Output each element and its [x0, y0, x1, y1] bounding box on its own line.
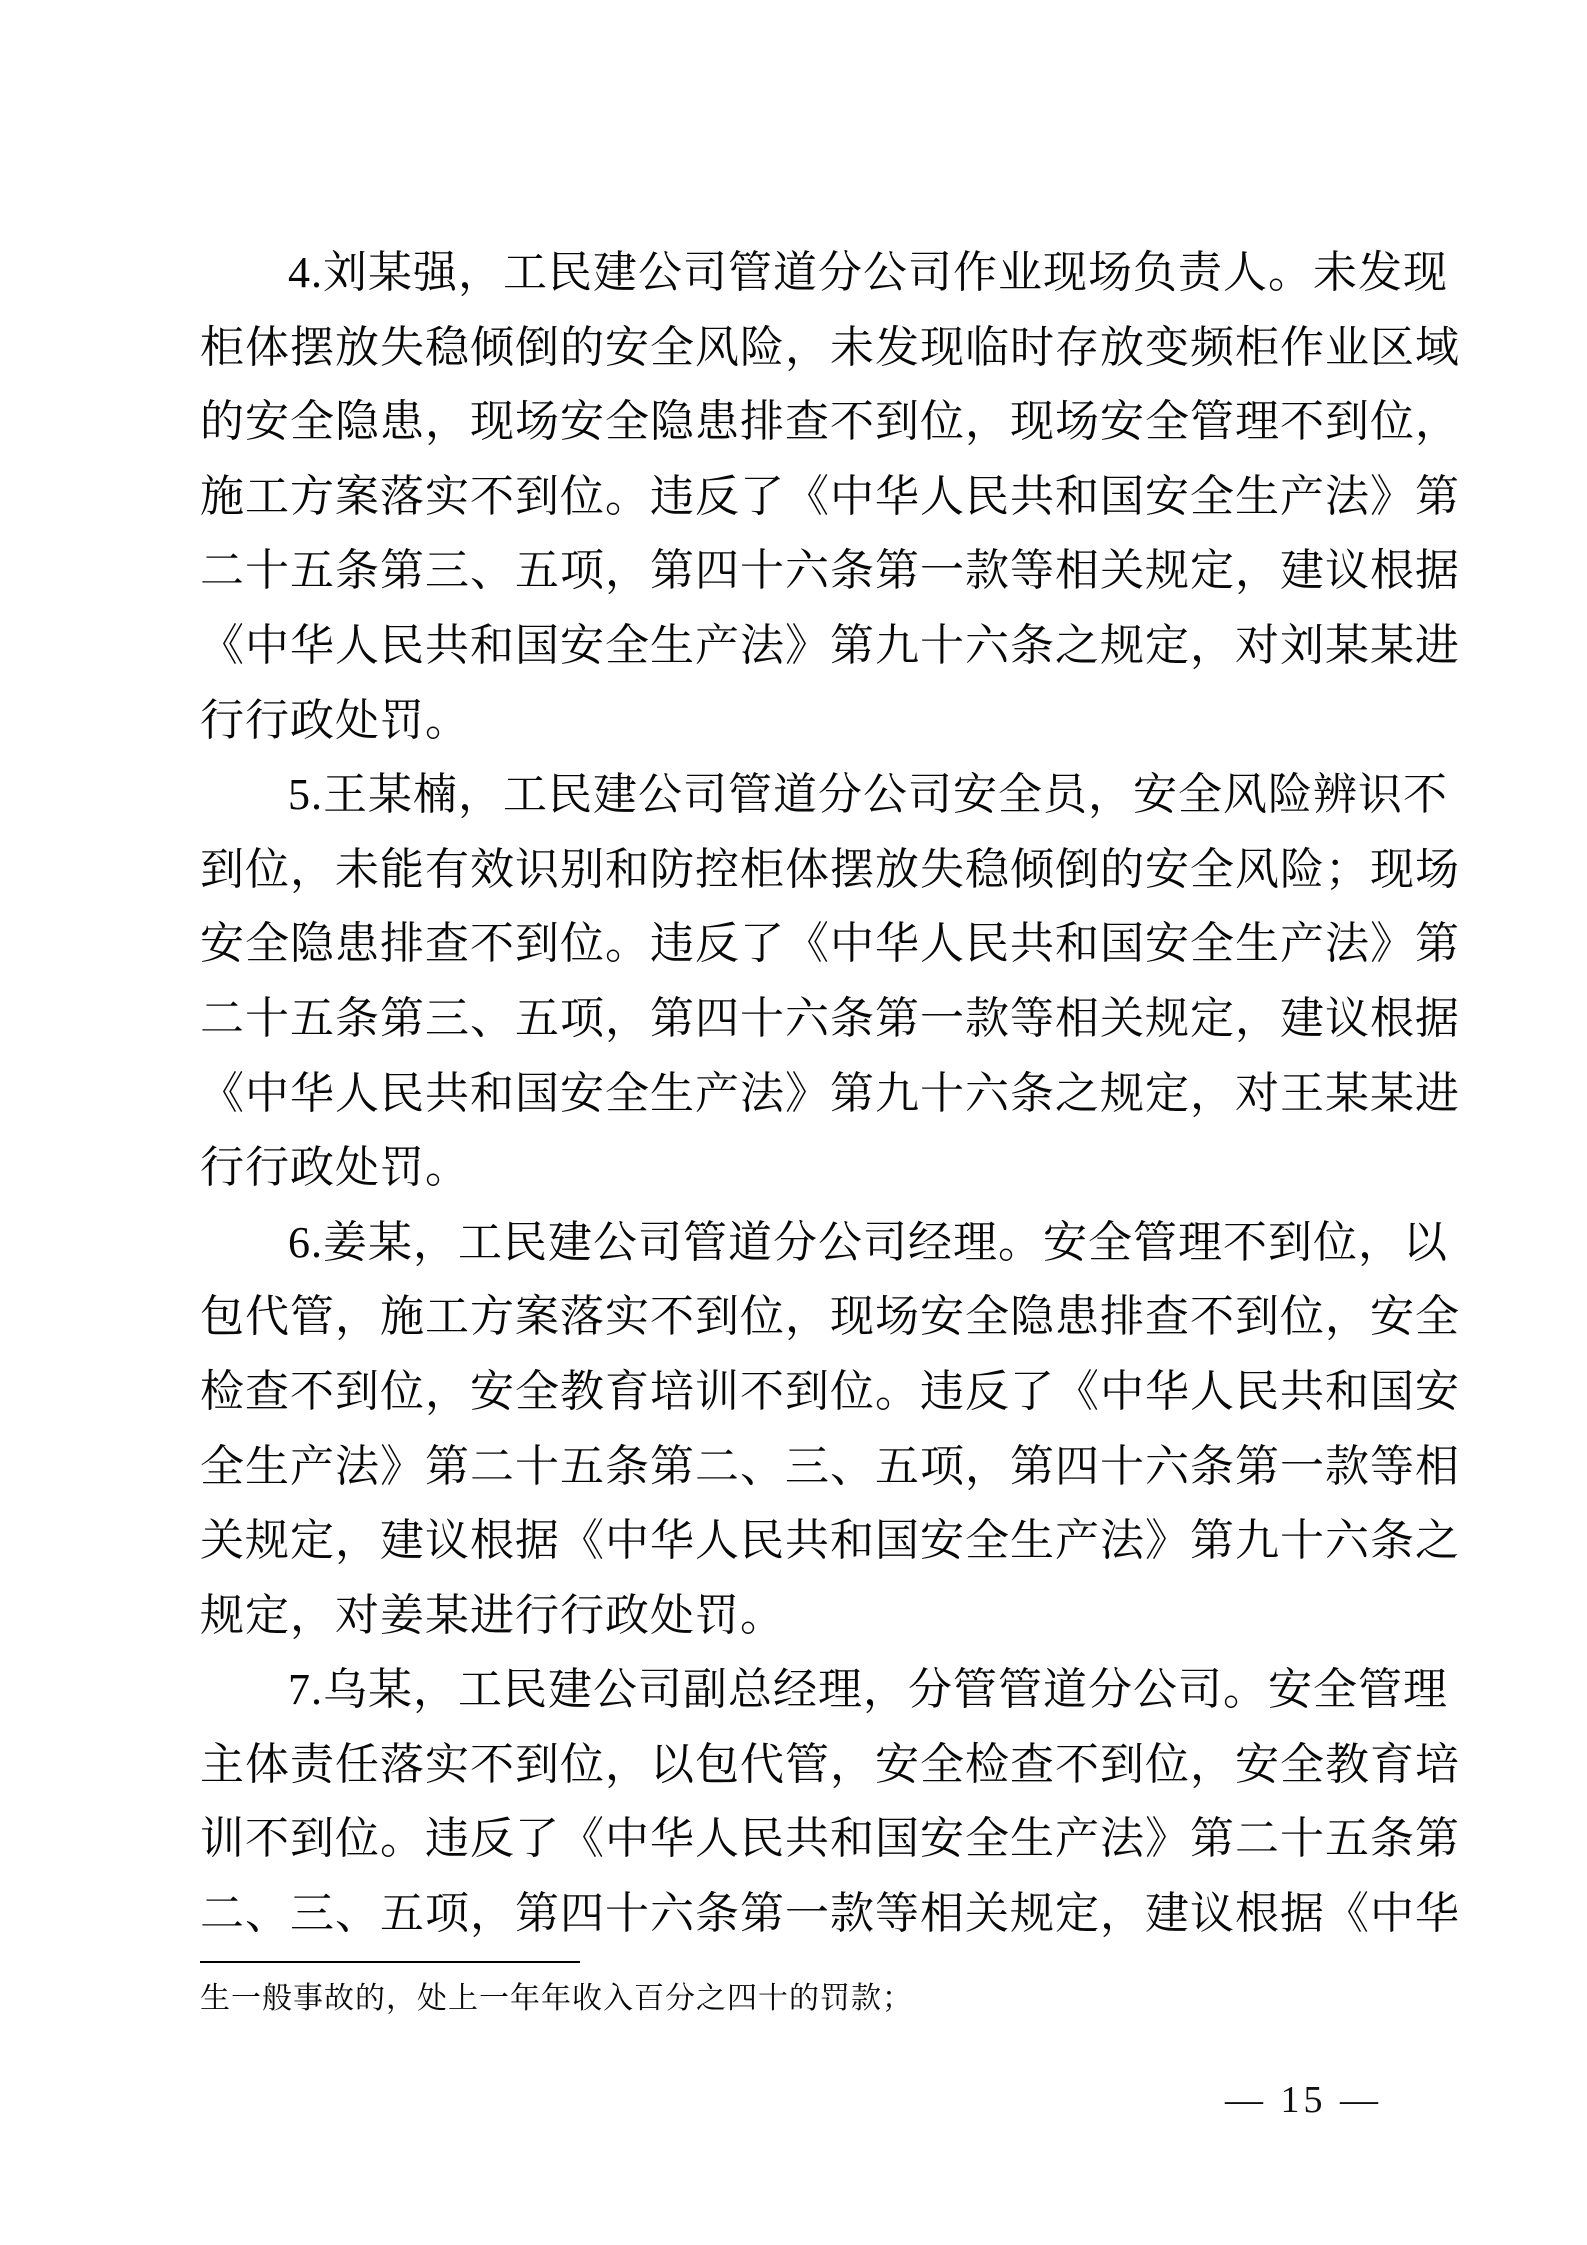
body-line: 全生产法》第二十五条第二、三、五项，第四十六条第一款等相	[200, 1430, 1392, 1505]
body-line: 安全隐患排查不到位。违反了《中华人民共和国安全生产法》第	[200, 907, 1392, 982]
body-line: 《中华人民共和国安全生产法》第九十六条之规定，对刘某某进	[200, 609, 1392, 684]
document-body: 4.刘某强，工民建公司管道分公司作业现场负责人。未发现 柜体摆放失稳倾倒的安全风…	[200, 236, 1392, 1952]
body-line: 二十五条第三、五项，第四十六条第一款等相关规定，建议根据	[200, 982, 1392, 1057]
body-line: 主体责任落实不到位，以包代管，安全检查不到位，安全教育培	[200, 1728, 1392, 1803]
body-line: 4.刘某强，工民建公司管道分公司作业现场负责人。未发现	[200, 236, 1392, 311]
body-line: 5.王某楠，工民建公司管道分公司安全员，安全风险辨识不	[200, 758, 1392, 833]
body-line: 二十五条第三、五项，第四十六条第一款等相关规定，建议根据	[200, 534, 1392, 609]
body-line: 行行政处罚。	[200, 1131, 1392, 1206]
footnote-text: 生一般事故的，处上一年年收入百分之四十的罚款；	[200, 1978, 1392, 2020]
body-line: 7.乌某，工民建公司副总经理，分管管道分公司。安全管理	[200, 1653, 1392, 1728]
body-line: 关规定，建议根据《中华人民共和国安全生产法》第九十六条之	[200, 1504, 1392, 1579]
document-page: 4.刘某强，工民建公司管道分公司作业现场负责人。未发现 柜体摆放失稳倾倒的安全风…	[0, 0, 1587, 2245]
body-line: 的安全隐患，现场安全隐患排查不到位，现场安全管理不到位，	[200, 385, 1392, 460]
body-line: 规定，对姜某进行行政处罚。	[200, 1579, 1392, 1654]
body-line: 施工方案落实不到位。违反了《中华人民共和国安全生产法》第	[200, 460, 1392, 535]
body-line: 检查不到位，安全教育培训不到位。违反了《中华人民共和国安	[200, 1355, 1392, 1430]
body-line: 行行政处罚。	[200, 684, 1392, 759]
footnote-separator	[200, 1961, 580, 1963]
body-line: 《中华人民共和国安全生产法》第九十六条之规定，对王某某进	[200, 1057, 1392, 1132]
body-line: 二、三、五项，第四十六条第一款等相关规定，建议根据《中华	[200, 1877, 1392, 1952]
body-line: 到位，未能有效识别和防控柜体摆放失稳倾倒的安全风险；现场	[200, 833, 1392, 908]
page-number: — 15 —	[1225, 2078, 1382, 2122]
body-line: 训不到位。违反了《中华人民共和国安全生产法》第二十五条第	[200, 1802, 1392, 1877]
body-line: 包代管，施工方案落实不到位，现场安全隐患排查不到位，安全	[200, 1280, 1392, 1355]
body-line: 6.姜某，工民建公司管道分公司经理。安全管理不到位，以	[200, 1206, 1392, 1281]
body-line: 柜体摆放失稳倾倒的安全风险，未发现临时存放变频柜作业区域	[200, 311, 1392, 386]
